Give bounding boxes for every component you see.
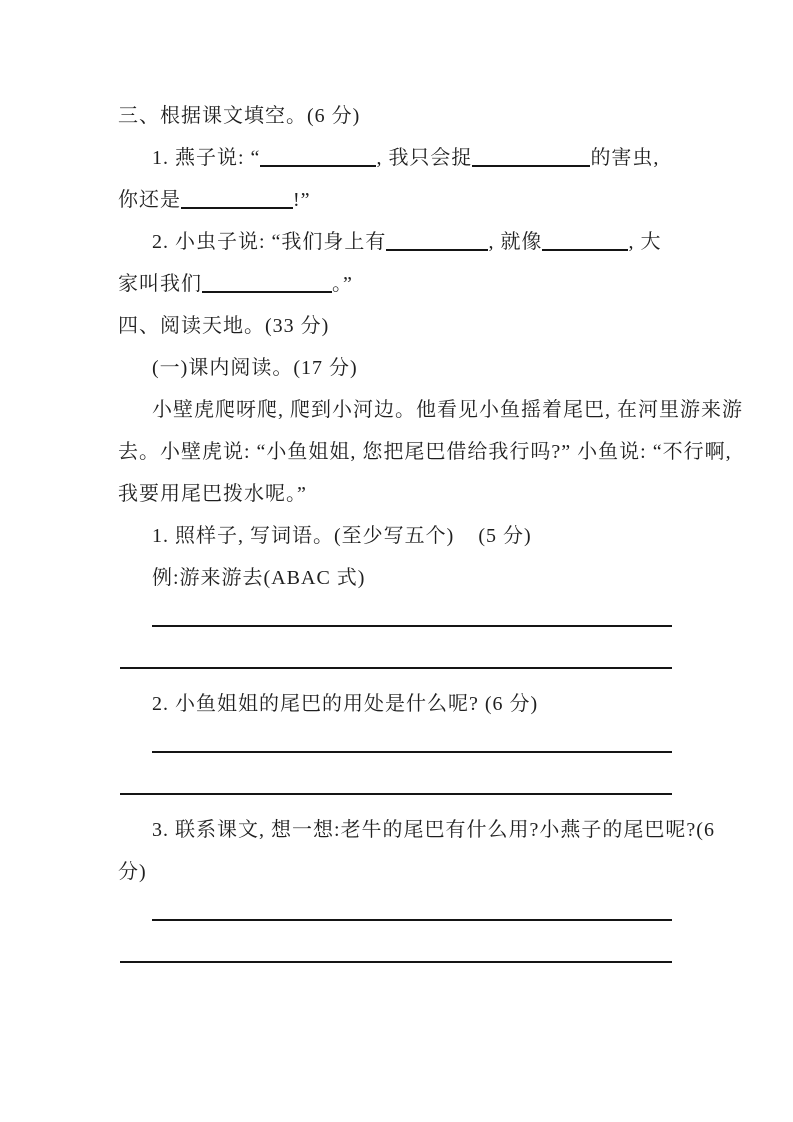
answer-line bbox=[118, 599, 718, 641]
fill-in-blank bbox=[472, 151, 590, 167]
text-run: !” bbox=[293, 189, 311, 211]
text-run: 2. 小鱼姐姐的尾巴的用处是什么呢? (6 分) bbox=[152, 693, 538, 715]
text-run: , 就像 bbox=[488, 231, 542, 253]
answer-line bbox=[118, 725, 718, 767]
text-run: 我要用尾巴拨水呢。” bbox=[118, 483, 307, 505]
fill-in-blank bbox=[386, 235, 488, 251]
reading-q1-example: 例:游来游去(ABAC 式) bbox=[118, 557, 718, 599]
section-3-q2-line-1: 2. 小虫子说: “我们身上有, 就像, 大 bbox=[118, 221, 718, 263]
answer-rule-line bbox=[120, 961, 672, 963]
text-run: 的害虫, bbox=[590, 147, 659, 169]
text-run: 1. 照样子, 写词语。(至少写五个) (5 分) bbox=[152, 525, 532, 547]
section-3-heading: 三、根据课文填空。(6 分) bbox=[118, 95, 718, 137]
section-3-q1-line-1: 1. 燕子说: “, 我只会捉的害虫, bbox=[118, 137, 718, 179]
text-run: 你还是 bbox=[118, 189, 181, 211]
passage-line-1: 小壁虎爬呀爬, 爬到小河边。他看见小鱼摇着尾巴, 在河里游来游 bbox=[118, 389, 718, 431]
reading-q2-line: 2. 小鱼姐姐的尾巴的用处是什么呢? (6 分) bbox=[118, 683, 718, 725]
answer-rule-line bbox=[152, 919, 672, 921]
section-3-q1-line-2: 你还是!” bbox=[118, 179, 718, 221]
passage-line-3: 我要用尾巴拨水呢。” bbox=[118, 473, 718, 515]
text-run: 3. 联系课文, 想一想:老牛的尾巴有什么用?小燕子的尾巴呢?(6 bbox=[152, 819, 715, 841]
answer-line bbox=[118, 641, 718, 683]
fill-in-blank bbox=[542, 235, 628, 251]
text-run: (一)课内阅读。(17 分) bbox=[152, 357, 358, 379]
fill-in-blank bbox=[260, 151, 376, 167]
reading-q3-line-2: 分) bbox=[118, 851, 718, 893]
fill-in-blank bbox=[202, 277, 332, 293]
text-run: , 我只会捉 bbox=[376, 147, 472, 169]
text-run: 分) bbox=[118, 861, 147, 883]
text-run: 小壁虎爬呀爬, 爬到小河边。他看见小鱼摇着尾巴, 在河里游来游 bbox=[152, 399, 743, 421]
reading-q3-line-1: 3. 联系课文, 想一想:老牛的尾巴有什么用?小燕子的尾巴呢?(6 bbox=[118, 809, 718, 851]
text-run: 1. 燕子说: “ bbox=[152, 147, 260, 169]
text-run: , 大 bbox=[628, 231, 661, 253]
answer-line bbox=[118, 767, 718, 809]
passage-line-2: 去。小壁虎说: “小鱼姐姐, 您把尾巴借给我行吗?” 小鱼说: “不行啊, bbox=[118, 431, 718, 473]
text-run: 家叫我们 bbox=[118, 273, 202, 295]
text-run: 例:游来游去(ABAC 式) bbox=[152, 567, 365, 589]
document-page: 三、根据课文填空。(6 分)1. 燕子说: “, 我只会捉的害虫,你还是!”2.… bbox=[0, 0, 793, 1122]
section-3-q2-line-2: 家叫我们。” bbox=[118, 263, 718, 305]
text-run: 。” bbox=[332, 273, 353, 295]
answer-line bbox=[118, 893, 718, 935]
text-run: 2. 小虫子说: “我们身上有 bbox=[152, 231, 386, 253]
text-run: 三、根据课文填空。(6 分) bbox=[118, 105, 360, 127]
answer-line bbox=[118, 935, 718, 977]
text-run: 四、阅读天地。(33 分) bbox=[118, 315, 329, 337]
answer-rule-line bbox=[152, 751, 672, 753]
reading-q1-line: 1. 照样子, 写词语。(至少写五个) (5 分) bbox=[118, 515, 718, 557]
fill-in-blank bbox=[181, 193, 293, 209]
section-4-part-1-heading: (一)课内阅读。(17 分) bbox=[118, 347, 718, 389]
answer-rule-line bbox=[152, 625, 672, 627]
document-content: 三、根据课文填空。(6 分)1. 燕子说: “, 我只会捉的害虫,你还是!”2.… bbox=[118, 95, 718, 977]
text-run: 去。小壁虎说: “小鱼姐姐, 您把尾巴借给我行吗?” 小鱼说: “不行啊, bbox=[118, 441, 732, 463]
section-4-heading: 四、阅读天地。(33 分) bbox=[118, 305, 718, 347]
answer-rule-line bbox=[120, 667, 672, 669]
answer-rule-line bbox=[120, 793, 672, 795]
